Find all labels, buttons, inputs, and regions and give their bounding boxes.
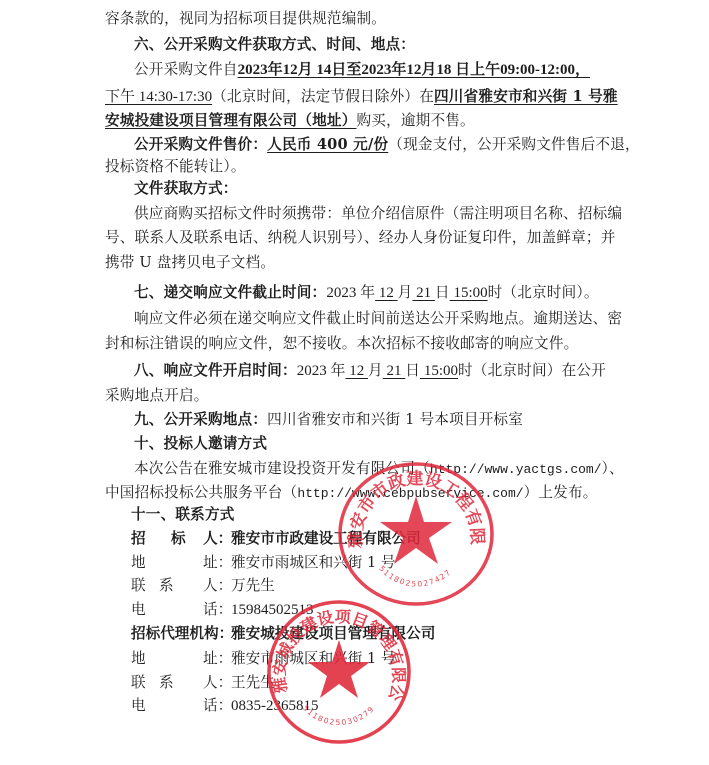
label: 电	[131, 600, 146, 620]
label: 址：	[203, 649, 232, 669]
text: 时（北京时间）在公开	[458, 362, 606, 379]
label: 址：	[203, 553, 232, 573]
obtain-heading: 文件获取方式：	[134, 179, 238, 199]
label: 系	[159, 673, 174, 693]
tenderer-phone: 15984502513	[231, 600, 314, 620]
label: 系	[159, 576, 174, 596]
text: 月	[398, 284, 413, 301]
price-label: 公开采购文件售价：	[134, 136, 267, 153]
company-seal-agency: 雅安城投建设项目管理有限公司 5118025030279	[264, 598, 414, 748]
price-value: 人民币 400 元/份	[267, 136, 388, 153]
text: 月	[368, 362, 383, 379]
label: 人：	[203, 529, 232, 549]
section-8-line: 八、响应文件开启时间：2023 年 12 月 21 日 15:00时（北京时间）…	[134, 361, 606, 381]
text: 日	[435, 284, 450, 301]
open-year: 2023 年	[297, 363, 346, 379]
label: 联	[131, 576, 146, 596]
label: 话：	[203, 600, 232, 620]
text: 公开采购文件自	[134, 61, 238, 78]
agency-name: 雅安城投建设项目管理有限公司	[231, 624, 435, 644]
label: 地	[131, 553, 146, 573]
text: ）上发布。	[524, 484, 598, 501]
price-line: 公开采购文件售价：人民币 400 元/份（现金支付，公开采购文件售后不退，	[134, 135, 640, 155]
agency-phone: 0835-2365815	[231, 696, 319, 716]
document-page: 容条款的，视同为招标项目提供规范编制。 六、公开采购文件获取方式、时间、地点： …	[0, 0, 709, 765]
text: 日	[405, 362, 420, 379]
label: 联	[131, 673, 146, 693]
section-11-heading: 十一、联系方式	[131, 505, 235, 525]
label: 人：	[203, 673, 232, 693]
text: （北京时间，法定节假日除外）在	[212, 88, 434, 105]
section-7-label: 七、递交响应文件截止时间：	[134, 284, 326, 301]
afternoon-hours: 下午 14:30-17:30	[105, 89, 212, 105]
section-7-para-2: 封和标注错误的响应文件，恕不接收。本次招标不接收邮寄的响应文件。	[105, 334, 578, 354]
purchase-location: 四川省雅安市和兴街 1 号雅	[434, 88, 618, 105]
section-6-line-1: 公开采购文件自2023年12月 14日至2023年12月18 日上午09:00-…	[134, 60, 590, 80]
obtain-line-3: 携带 U 盘拷贝电子文档。	[105, 253, 275, 273]
obtain-line-2: 号、联系人及联系电话、纳税人识别号）、经办人身份证复印件，加盖鲜章；并	[105, 228, 615, 248]
label: 话：	[203, 696, 232, 716]
deadline-month: 12	[375, 285, 398, 301]
text: 时（北京时间）。	[488, 284, 599, 301]
section-7-line: 七、递交响应文件截止时间：2023 年 12 月 21 日 15:00时（北京时…	[134, 283, 599, 303]
tenderer-contact-person: 万先生	[231, 576, 275, 596]
link-cebpubservice[interactable]: http://www.cebpubservice.com/	[297, 486, 523, 501]
open-day: 21	[383, 363, 406, 379]
section-6-heading: 六、公开采购文件获取方式、时间、地点：	[134, 35, 415, 55]
label: 人：	[203, 576, 232, 596]
section-8-label: 八、响应文件开启时间：	[134, 362, 297, 379]
text: 购买，逾期不售。	[357, 112, 475, 129]
section-9-value: 四川省雅安市和兴街 1 号本项目开标室	[267, 411, 523, 428]
link-yactgs[interactable]: http://www.yactgs.com/	[430, 462, 602, 477]
open-month: 12	[346, 363, 369, 379]
label: 地	[131, 649, 146, 669]
section-10-heading: 十、投标人邀请方式	[134, 434, 267, 454]
label: 标	[171, 529, 186, 549]
text: 本次公告在雅安城市建设投资开发有限公司（	[134, 460, 430, 477]
label: 招	[131, 529, 146, 549]
price-note-cont: 投标资格不能转让）。	[105, 157, 246, 177]
agency-address: 雅安市雨城区和兴街 1 号	[231, 649, 396, 669]
purchase-period: 2023年12月 14日至2023年12月18 日上午09:00-12:00，	[238, 62, 591, 78]
label: 电	[131, 696, 146, 716]
deadline-time: 15:00	[450, 285, 488, 301]
tenderer-name: 雅安市市政建设工程有限公司	[231, 529, 421, 549]
section-6-line-3: 安城投建设项目管理有限公司（地址）购买，逾期不售。	[105, 111, 475, 131]
deadline-year: 2023 年	[326, 285, 375, 301]
section-9-line: 九、公开采购地点：四川省雅安市和兴街 1 号本项目开标室	[134, 410, 523, 430]
text: ）、	[602, 460, 624, 477]
section-7-para-1: 响应文件必须在递交响应文件截止时间前送达公开采购地点。逾期送达、密	[134, 309, 622, 329]
purchase-location-cont: 安城投建设项目管理有限公司（地址）	[105, 112, 357, 129]
section-10-line-2: 中国招标投标公共服务平台（http://www.cebpubservice.co…	[105, 483, 598, 504]
section-9-label: 九、公开采购地点：	[134, 411, 267, 428]
deadline-day: 21	[412, 285, 435, 301]
section-8-para: 采购地点开启。	[105, 386, 209, 406]
section-10-line-1: 本次公告在雅安城市建设投资开发有限公司（http://www.yactgs.co…	[134, 459, 624, 480]
text: 中国招标投标公共服务平台（	[105, 484, 297, 501]
agency-contact-person: 王先生	[231, 673, 275, 693]
price-note: （现金支付，公开采购文件售后不退，	[388, 136, 640, 153]
open-time: 15:00	[420, 363, 458, 379]
paragraph-line: 容条款的，视同为招标项目提供规范编制。	[105, 9, 386, 29]
seal-ring	[269, 602, 409, 742]
tenderer-address: 雅安市雨城区和兴街 1 号	[231, 553, 396, 573]
label: 招标代理机构：	[131, 624, 233, 644]
section-6-line-2: 下午 14:30-17:30（北京时间，法定节假日除外）在四川省雅安市和兴街 1…	[105, 87, 618, 107]
obtain-line-1: 供应商购买招标文件时须携带：单位介绍信原件（需注明项目名称、招标编	[134, 204, 622, 224]
